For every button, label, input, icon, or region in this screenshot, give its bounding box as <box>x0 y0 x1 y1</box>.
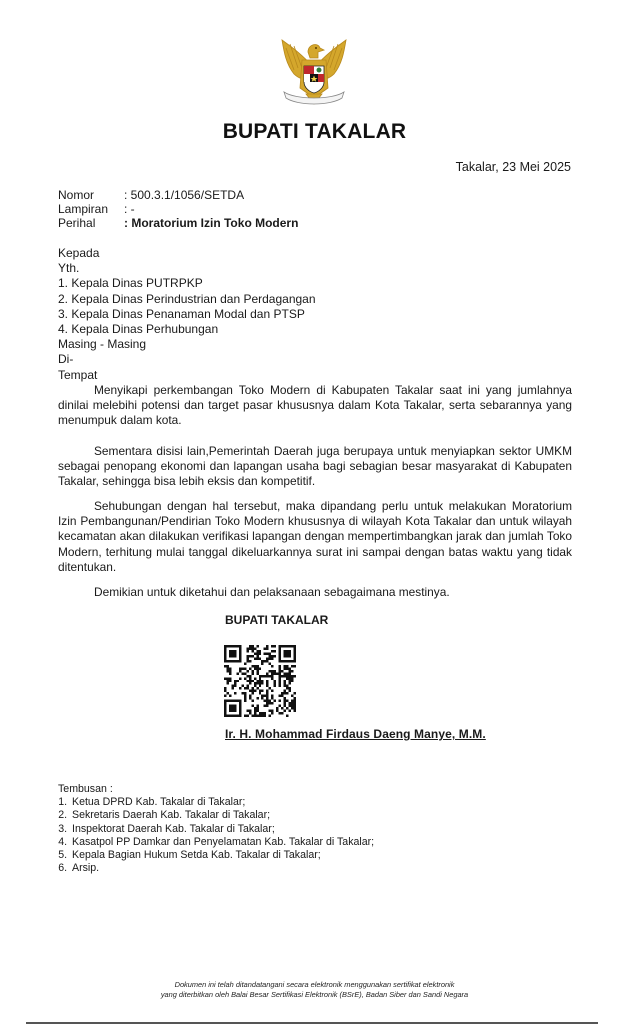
carbon-copy-block: Tembusan : Ketua DPRD Kab. Takalar di Ta… <box>58 783 374 875</box>
paragraph-text: Demikian untuk diketahui dan pelaksanaan… <box>94 585 450 599</box>
paragraph-text: Sehubungan dengan hal tersebut, maka dip… <box>58 499 572 574</box>
e-signature-footer: Dokumen ini telah ditandatangani secara … <box>0 980 629 1000</box>
qr-code-icon[interactable] <box>224 645 296 717</box>
body-paragraph: Menyikapi perkembangan Toko Modern di Ka… <box>58 383 572 429</box>
addressee-line: Kepada <box>58 246 316 261</box>
addressee-line: Masing - Masing <box>58 337 316 352</box>
addressee-line: Yth. <box>58 261 316 276</box>
cc-list: Ketua DPRD Kab. Takalar di Takalar; Sekr… <box>58 796 374 875</box>
body-paragraph: Sementara disisi lain,Pemerintah Daerah … <box>58 444 572 490</box>
letter-date: Takalar, 23 Mei 2025 <box>456 160 571 174</box>
footer-line: yang diterbitkan oleh Balai Besar Sertif… <box>0 990 629 1000</box>
addressee-block: Kepada Yth. 1. Kepala Dinas PUTRPKP 2. K… <box>58 246 316 383</box>
paragraph-text: Sementara disisi lain,Pemerintah Daerah … <box>58 444 572 488</box>
meta-subject: Perihal : Moratorium Izin Toko Modern <box>58 216 298 230</box>
meta-label: Nomor <box>58 188 124 202</box>
garuda-emblem-icon <box>272 36 356 112</box>
meta-number: Nomor : 500.3.1/1056/SETDA <box>58 188 298 202</box>
meta-label: Perihal <box>58 216 124 230</box>
recipient-item: 2. Kepala Dinas Perindustrian dan Perdag… <box>58 292 316 307</box>
cc-item: Arsip. <box>70 862 374 875</box>
meta-value: : - <box>124 202 135 216</box>
footer-line: Dokumen ini telah ditandatangani secara … <box>0 980 629 990</box>
recipient-item: 1. Kepala Dinas PUTRPKP <box>58 276 316 291</box>
body-paragraph: Sehubungan dengan hal tersebut, maka dip… <box>58 499 572 575</box>
cc-item: Inspektorat Daerah Kab. Takalar di Takal… <box>70 823 374 836</box>
signer-name: Ir. H. Mohammad Firdaus Daeng Manye, M.M… <box>225 727 486 741</box>
meta-label: Lampiran <box>58 202 124 216</box>
recipient-item: 3. Kepala Dinas Penanaman Modal dan PTSP <box>58 307 316 322</box>
paragraph-text: Menyikapi perkembangan Toko Modern di Ka… <box>58 383 572 427</box>
closing-paragraph: Demikian untuk diketahui dan pelaksanaan… <box>58 585 572 600</box>
cc-item: Sekretaris Daerah Kab. Takalar di Takala… <box>70 809 374 822</box>
cc-label: Tembusan : <box>58 783 374 796</box>
cc-item: Kasatpol PP Damkar dan Penyelamatan Kab.… <box>70 836 374 849</box>
addressee-line: Tempat <box>58 368 316 383</box>
cc-item: Ketua DPRD Kab. Takalar di Takalar; <box>70 796 374 809</box>
letterhead-title: BUPATI TAKALAR <box>0 120 629 144</box>
meta-value: : Moratorium Izin Toko Modern <box>124 216 298 230</box>
meta-value: : 500.3.1/1056/SETDA <box>124 188 244 202</box>
letter-meta: Nomor : 500.3.1/1056/SETDA Lampiran : - … <box>58 188 298 230</box>
addressee-line: Di- <box>58 352 316 367</box>
signature-title: BUPATI TAKALAR <box>225 613 328 627</box>
cc-item: Kepala Bagian Hukum Setda Kab. Takalar d… <box>70 849 374 862</box>
recipient-item: 4. Kepala Dinas Perhubungan <box>58 322 316 337</box>
meta-attachment: Lampiran : - <box>58 202 298 216</box>
